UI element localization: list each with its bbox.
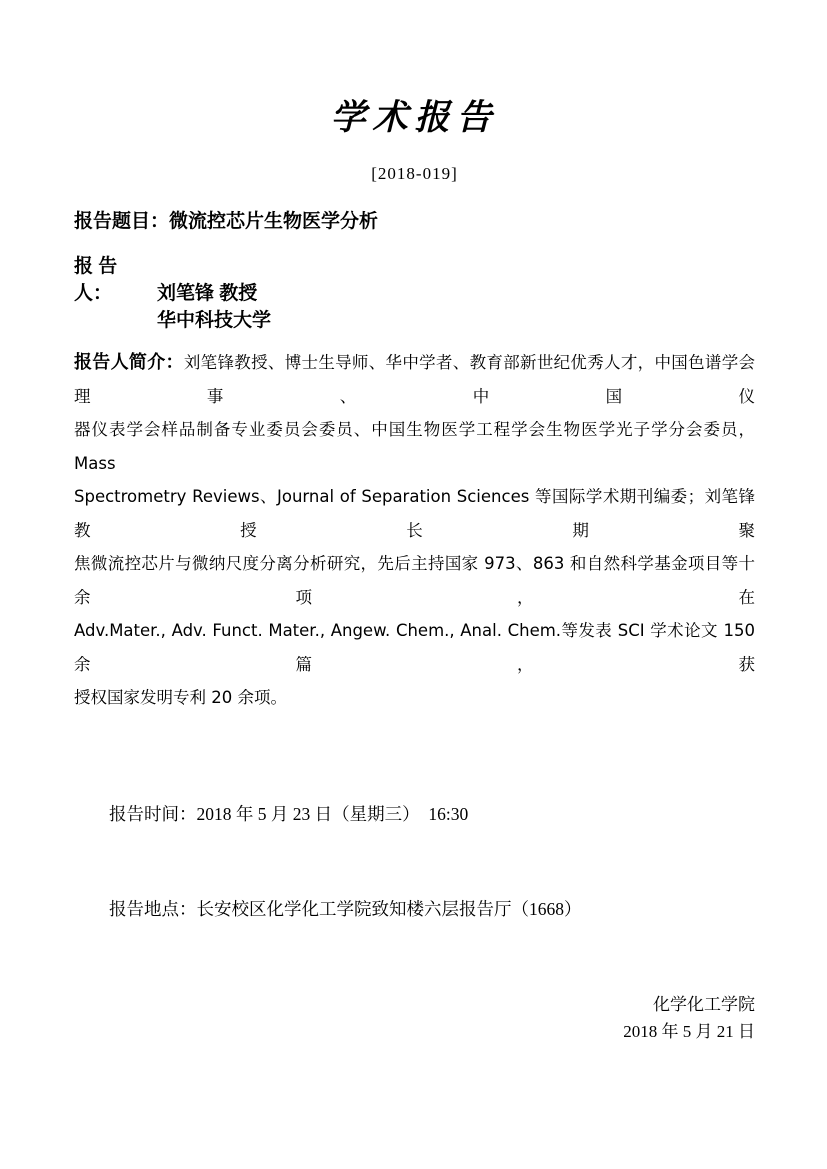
- bio-line: 焦微流控芯片与微纳尺度分离分析研究，先后主持国家 973、863 和自然科学基金…: [74, 547, 755, 614]
- speaker-affiliation: 华中科技大学: [157, 307, 755, 334]
- schedule-block: 报告时间：2018 年 5 月 23 日（星期三） 16:30 报告地点：长安校…: [74, 772, 755, 951]
- time-row: 报告时间：2018 年 5 月 23 日（星期三） 16:30: [74, 772, 755, 856]
- topic-value: 微流控芯片生物医学分析: [169, 211, 378, 232]
- topic-label: 报告题目：: [74, 211, 169, 232]
- organizer-name: 化学化工学院: [74, 991, 755, 1018]
- report-title: 学术报告: [74, 96, 755, 140]
- bio-line: Spectrometry Reviews、Journal of Separati…: [74, 480, 755, 547]
- topic-row: 报告题目：微流控芯片生物医学分析: [74, 208, 755, 236]
- speaker-label: 报 告 人：: [74, 253, 157, 307]
- time-value: 2018 年 5 月 23 日（星期三） 16:30: [197, 804, 469, 824]
- report-number: [2018-019]: [74, 162, 755, 186]
- time-label: 报告时间：: [109, 804, 197, 824]
- location-label: 报告地点：: [109, 899, 197, 919]
- speaker-name: 刘笔锋 教授: [157, 283, 257, 304]
- bio-line: 授权国家发明专利 20 余项。: [74, 681, 755, 715]
- signature-date: 2018 年 5 月 21 日: [74, 1018, 755, 1045]
- bio-paragraph: 报告人简介：刘笔锋教授、博士生导师、华中学者、教育部新世纪优秀人才，中国色谱学会…: [74, 346, 755, 715]
- speaker-block: 报 告 人：刘笔锋 教授 华中科技大学: [74, 253, 755, 334]
- document-page: 学术报告 [2018-019] 报告题目：微流控芯片生物医学分析 报 告 人：刘…: [0, 0, 827, 1169]
- speaker-row: 报 告 人：刘笔锋 教授: [74, 253, 755, 307]
- bio-label: 报告人简介：: [74, 352, 184, 373]
- bio-line: Adv.Mater., Adv. Funct. Mater., Angew. C…: [74, 614, 755, 681]
- signature-block: 化学化工学院 2018 年 5 月 21 日: [74, 991, 755, 1045]
- document-content: 学术报告 [2018-019] 报告题目：微流控芯片生物医学分析 报 告 人：刘…: [0, 96, 827, 1045]
- bio-line: 器仪表学会样品制备专业委员会委员、中国生物医学工程学会生物医学光子学分会委员，M…: [74, 413, 755, 480]
- location-value: 长安校区化学化工学院致知楼六层报告厅（1668）: [197, 899, 582, 919]
- bio-line: 报告人简介：刘笔锋教授、博士生导师、华中学者、教育部新世纪优秀人才，中国色谱学会…: [74, 346, 755, 413]
- location-row: 报告地点：长安校区化学化工学院致知楼六层报告厅（1668）: [74, 867, 755, 951]
